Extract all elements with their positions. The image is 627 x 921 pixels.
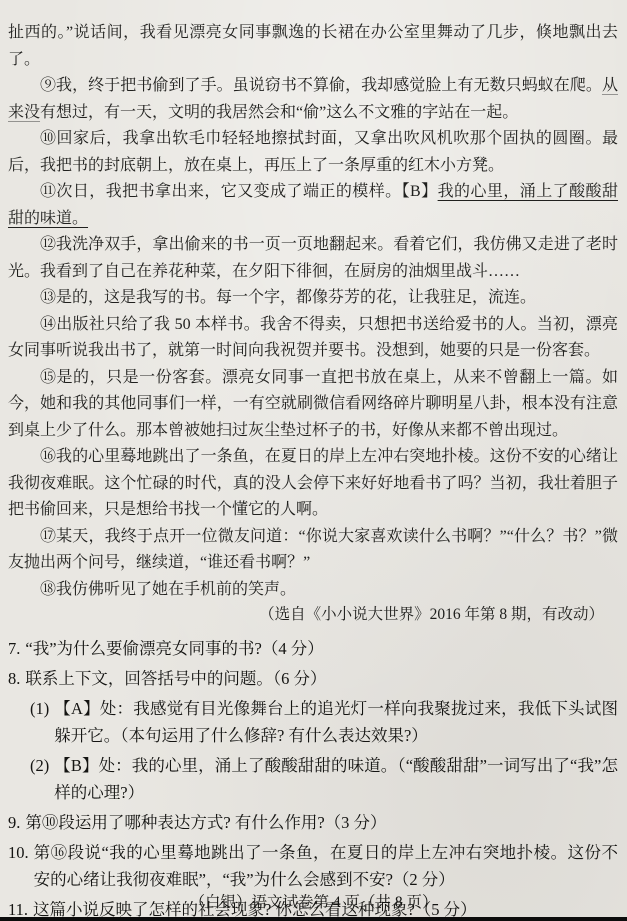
question-text: “我”为什么要偷漂亮女同事的书?（4 分） [25, 635, 618, 662]
story-paragraph: ⑩回家后，我拿出软毛巾轻轻地擦拭封面，又拿出吹风机吹那个固执的圆圈。最后，我把书… [8, 126, 618, 179]
text-segment: ⑰某天，我终于点开一位微友问道：“你说大家喜欢读什么书啊？”“什么？书？”微友抛… [8, 528, 618, 572]
question-text: 第⑩段运用了哪种表达方式? 有什么作用?（3 分） [25, 809, 618, 836]
question-item: 9.第⑩段运用了哪种表达方式? 有什么作用?（3 分） [8, 809, 618, 836]
text-segment: 有想过，有一天，文明的我居然会和“偷”这么不文雅的字站在一起。 [40, 104, 518, 121]
story-paragraph: ⑭出版社只给了我 50 本样书。我舍不得卖，只想把书送给爱书的人。当初，漂亮女同… [8, 312, 618, 365]
scanned-exam-page: 扯西的。”说话间，我看见漂亮女同事飘逸的长裙在办公室里舞动了几步，倏地飘出去了。… [0, 0, 627, 921]
text-segment: ⑨我，终于把书偷到了手。虽说窃书不算偷，我却感觉脸上有无数只蚂蚁在爬。 [40, 77, 602, 94]
text-segment: 扯西的。”说话间，我看见漂亮女同事飘逸的长裙在办公室里舞动了几步，倏地飘出去了。 [8, 24, 618, 68]
question-number: 10. [8, 839, 29, 893]
sub-question-number: (2) [30, 752, 49, 806]
question-text: 第⑯段说“我的心里蓦地跳出了一条鱼，在夏日的岸上左冲右突地扑棱。这份不安的心绪让… [34, 839, 618, 893]
text-segment: ⑬是的，这是我写的书。每一个字，都像芬芳的花，让我驻足，流连。 [40, 289, 536, 306]
story-paragraph: ⑬是的，这是我写的书。每一个字，都像芬芳的花，让我驻足，流连。 [8, 285, 618, 312]
story-paragraph: ⑪次日，我把书拿出来，它又变成了端正的模样。【B】我的心里，涌上了酸酸甜甜的味道… [8, 179, 618, 232]
story-paragraph: ⑨我，终于把书偷到了手。虽说窃书不算偷，我却感觉脸上有无数只蚂蚁在爬。从来没有想… [8, 73, 618, 126]
sub-question-item: (2)【B】处：我的心里，涌上了酸酸甜甜的味道。（“酸酸甜甜”一词写出了“我”怎… [8, 752, 618, 806]
question-number: 8. [8, 665, 20, 692]
sub-question-text: 【B】处：我的心里，涌上了酸酸甜甜的味道。（“酸酸甜甜”一词写出了“我”怎样的心… [54, 752, 618, 806]
question-item: 7.“我”为什么要偷漂亮女同事的书?（4 分） [8, 635, 618, 662]
story-paragraph: ⑰某天，我终于点开一位微友问道：“你说大家喜欢读什么书啊？”“什么？书？”微友抛… [8, 524, 618, 577]
reading-passage: 扯西的。”说话间，我看见漂亮女同事飘逸的长裙在办公室里舞动了几步，倏地飘出去了。… [8, 20, 618, 603]
story-paragraph: ⑫我洗净双手，拿出偷来的书一页一页地翻起来。看着它们，我仿佛又走进了老时光。我看… [8, 232, 618, 285]
page-footer: （白银）语文试卷第 4 页（共 8 页） [0, 890, 627, 912]
question-number: 9. [8, 809, 20, 836]
page-content: 扯西的。”说话间，我看见漂亮女同事飘逸的长裙在办公室里舞动了几步，倏地飘出去了。… [8, 20, 618, 921]
sub-question-text: 【A】处：我感觉有目光像舞台上的追光灯一样向我聚拢过来，我低下头试图躲开它。（本… [54, 695, 618, 749]
question-text: 联系上下文，回答括号中的问题。（6 分） [25, 665, 618, 692]
text-segment: ⑩回家后，我拿出软毛巾轻轻地擦拭封面，又拿出吹风机吹那个固执的圆圈。最后，我把书… [8, 130, 618, 174]
story-paragraph: ⑯我的心里蓦地跳出了一条鱼，在夏日的岸上左冲右突地扑棱。这份不安的心绪让我彻夜难… [8, 444, 618, 524]
text-segment: ⑭出版社只给了我 50 本样书。我舍不得卖，只想把书送给爱书的人。当初，漂亮女同… [8, 316, 618, 360]
question-list: 7.“我”为什么要偷漂亮女同事的书?（4 分）8.联系上下文，回答括号中的问题。… [8, 635, 618, 921]
question-item: 8.联系上下文，回答括号中的问题。（6 分） [8, 665, 618, 692]
scan-edge-bar [0, 917, 627, 921]
text-segment: ⑫我洗净双手，拿出偷来的书一页一页地翻起来。看着它们，我仿佛又走进了老时光。我看… [8, 236, 618, 280]
story-paragraph: 扯西的。”说话间，我看见漂亮女同事飘逸的长裙在办公室里舞动了几步，倏地飘出去了。 [8, 20, 618, 73]
text-segment: ⑪次日，我把书拿出来，它又变成了端正的模样。【B】 [40, 183, 438, 200]
story-paragraph: ⑱我仿佛听见了她在手机前的笑声。 [8, 577, 618, 604]
question-item: 10.第⑯段说“我的心里蓦地跳出了一条鱼，在夏日的岸上左冲右突地扑棱。这份不安的… [8, 839, 618, 893]
question-number: 7. [8, 635, 20, 662]
text-segment: ⑯我的心里蓦地跳出了一条鱼，在夏日的岸上左冲右突地扑棱。这份不安的心绪让我彻夜难… [8, 448, 618, 518]
passage-attribution: （选自《小小说大世界》2016 年第 8 期，有改动） [8, 603, 618, 627]
text-segment: ⑱我仿佛听见了她在手机前的笑声。 [40, 581, 296, 598]
sub-question-item: (1)【A】处：我感觉有目光像舞台上的追光灯一样向我聚拢过来，我低下头试图躲开它… [8, 695, 618, 749]
text-segment: ⑮是的，只是一份客套。漂亮女同事一直把书放在桌上，从来不曾翻上一篇。如今，她和我… [8, 369, 618, 439]
sub-question-number: (1) [30, 695, 49, 749]
story-paragraph: ⑮是的，只是一份客套。漂亮女同事一直把书放在桌上，从来不曾翻上一篇。如今，她和我… [8, 365, 618, 445]
